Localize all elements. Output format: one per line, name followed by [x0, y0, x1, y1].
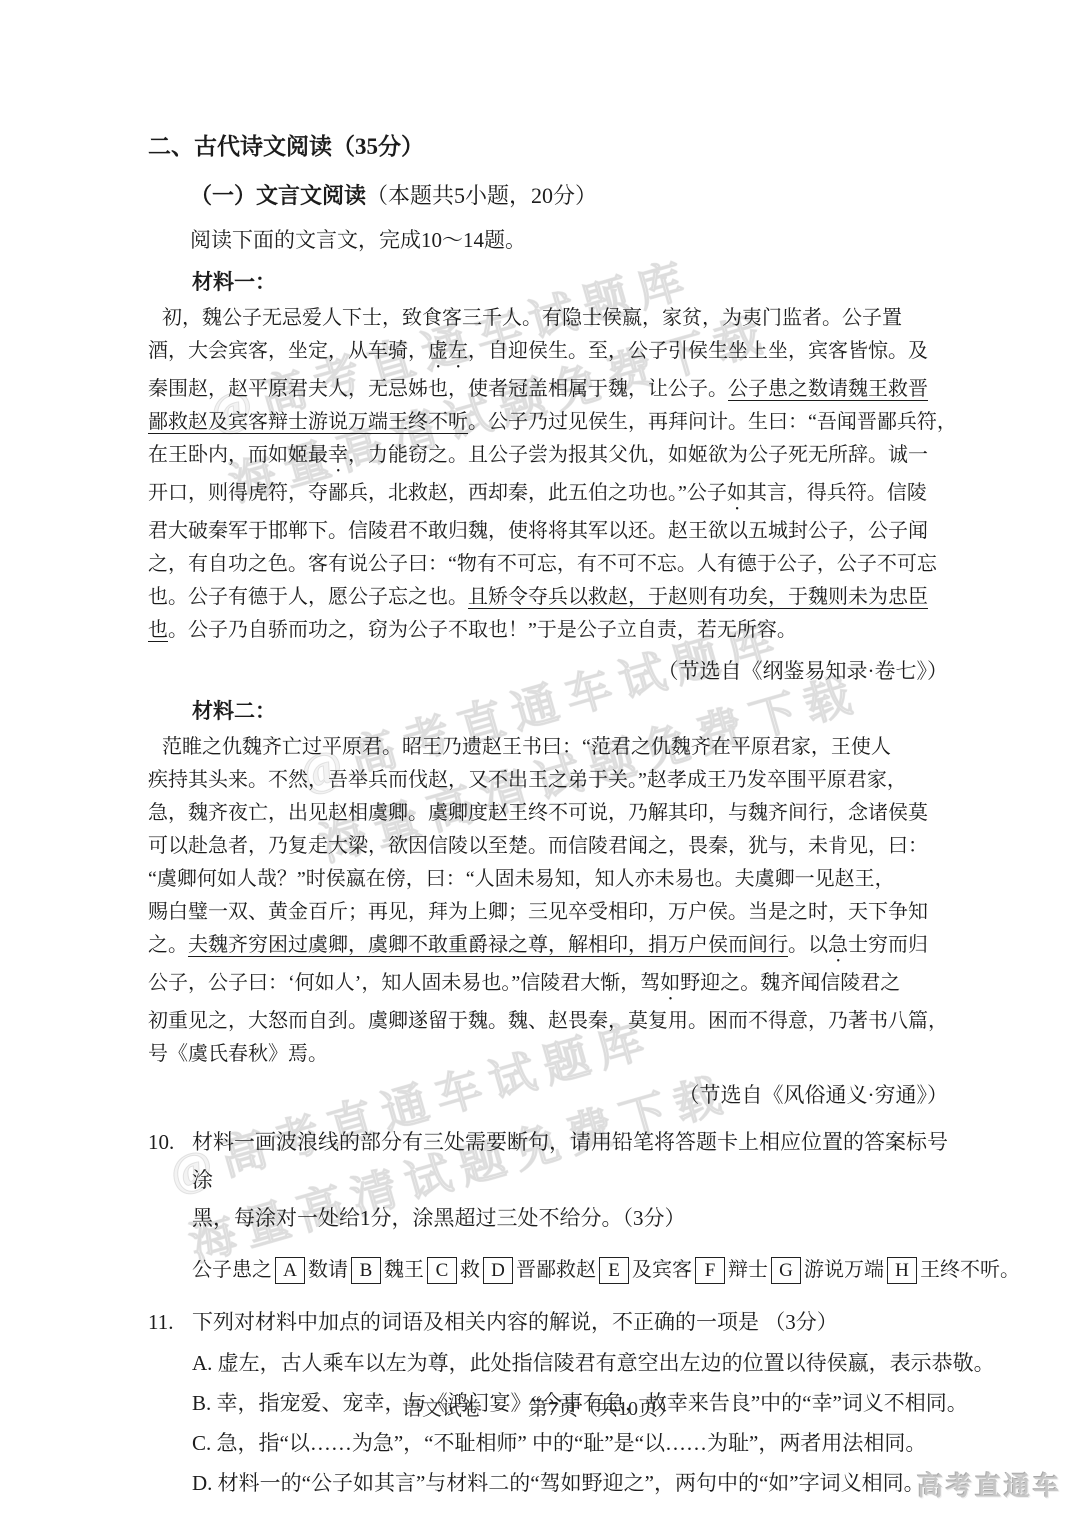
passage-line: 公子，公子曰：‘何如人’，知人固未易也。”信陵君大惭，驾如野迎之。魏齐闻信陵君之	[148, 967, 948, 1005]
text-segment: 公子患之	[192, 1259, 272, 1281]
material2-source: （节选自《风俗通义·穷通》）	[148, 1079, 948, 1109]
reading-instruction: 阅读下面的文言文，完成10～14题。	[148, 224, 948, 254]
passage-line: 也。公子有德于人，愿公子忘之也。且矫令夺兵以救赵，于赵则有功矣，于魏则未为忠臣	[148, 581, 948, 614]
question-11-options: A. 虚左，古人乘车以左为尊，此处指信陵君有意空出左边的位置以待侯嬴，表示恭敬。…	[148, 1343, 948, 1503]
passage-line: 号《虞氏春秋》焉。	[148, 1038, 948, 1071]
exam-page: @高考直通车试题库 海量高清试题免费下载 @高考直通车试题库 海量高清试题免费下…	[0, 0, 1080, 1528]
corner-brand-watermark: 高考直通车	[917, 1466, 1062, 1503]
text-segment: 公子，公子曰：‘何如人’，知人固未易也。”信陵君大惭，驾	[148, 972, 660, 994]
text-segment: 且矫令夺兵以救赵，于赵则有功矣，于魏则未为忠臣	[468, 586, 928, 608]
footer-paper-name: 语文试卷	[402, 1398, 482, 1420]
text-segment: 鄙救赵及宾客辩士游说万端王终不听	[148, 411, 468, 433]
passage-line: 之。夫魏齐穷困过虞卿，虞卿不敢重爵禄之尊，解相印，捐万户侯而间行。以急士穷而归	[148, 929, 948, 967]
text-segment: 。公子乃自骄而功之，窃为公子不取也！”于是公子立自责，若无所容。	[168, 619, 797, 641]
question-10-segment-sentence: 公子患之A数请B魏王C救D晋鄙救赵E及宾客F辩士G游说万端H王终不听。	[148, 1251, 948, 1289]
answer-box-F: F	[695, 1257, 725, 1284]
text-segment: 初重见之，大怒而自刭。虞卿遂留于魏。魏、赵畏秦，莫复用。困而不得意，乃著书八篇，	[148, 1010, 948, 1032]
text-segment: 赐白璧一双、黄金百斤；再见，拜为上卿；三见卒受相印，万户侯。当是之时，天下争知	[148, 901, 928, 923]
question-11-line: 11.下列对材料中加点的词语及相关内容的解说，不正确的一项是 （3分）	[148, 1303, 948, 1341]
material2-label: 材料二：	[148, 695, 948, 725]
passage-line: 疾持其头来。不然，吾举兵而伐赵，又不出王之弟于关。”赵孝成王乃发卒围平原君家，	[148, 764, 948, 797]
text-segment: 数请	[308, 1259, 348, 1281]
question-10: 10.材料一画波浪线的部分有三处需要断句，请用铅笔将答题卡上相应位置的答案标号涂…	[148, 1123, 948, 1289]
question-11-text: 下列对材料中加点的词语及相关内容的解说，不正确的一项是 （3分）	[192, 1310, 838, 1334]
passage-line: 急，魏齐夜亡，出见赵相虞卿。虞卿度赵王终不可说，乃解其印，与魏齐间行，念诸侯莫	[148, 797, 948, 830]
text-segment: 。公子乃过见侯生，再拜问计。生曰：“吾闻晋鄙兵符，	[468, 411, 957, 433]
section-title: 二、古代诗文阅读（35分）	[148, 128, 948, 161]
passage-line: 秦围赵，赵平原君夫人，无忌姊也，使者冠盖相属于魏，让公子。公子患之数请魏王救晋	[148, 373, 948, 406]
question-11-number: 11.	[148, 1303, 192, 1341]
text-segment: 虚左	[428, 340, 468, 362]
passage-line: 初重见之，大怒而自刭。虞卿遂留于魏。魏、赵畏秦，莫复用。困而不得意，乃著书八篇，	[148, 1005, 948, 1038]
text-segment: ，力能窃之。且公子尝为报其父仇，如姬欲为公子死无所辞。诚一	[348, 444, 928, 466]
passage-line: 之，有自功之色。客有说公子曰：“物有不可忘，有不可不忘。人有德于公子，公子不可忘	[148, 548, 948, 581]
text-segment: 魏王	[384, 1259, 424, 1281]
text-segment: 游说万端	[804, 1259, 884, 1281]
text-segment: 及宾客	[632, 1259, 692, 1281]
question-10-line2: 黑，每涂对一处给1分，涂黑超过三处不给分。（3分）	[148, 1199, 948, 1237]
text-segment: 晋鄙救赵	[516, 1259, 596, 1281]
question-10-number: 10.	[148, 1123, 192, 1161]
text-segment: 可以赴急者，乃复走大梁，欲因信陵以至楚。而信陵君闻之，畏秦，犹与，未肯见，曰：	[148, 835, 928, 857]
text-segment: 开口，则得虎符，夺鄙兵，北救赵，西却秦，此五伯之功也。”公子	[148, 482, 727, 504]
subsection-title-bold: （一）文言文阅读	[190, 183, 366, 208]
text-segment: 酒，大会宾客，坐定，从车骑，	[148, 340, 428, 362]
text-segment: 疾持其头来。不然，吾举兵而伐赵，又不出王之弟于关。”赵孝成王乃发卒围平原君家，	[148, 769, 907, 791]
passage-line: 开口，则得虎符，夺鄙兵，北救赵，西却秦，此五伯之功也。”公子如其言，得兵符。信陵	[148, 477, 948, 515]
text-segment: 士穷而归	[848, 934, 928, 956]
text-segment: 急，魏齐夜亡，出见赵相虞卿。虞卿度赵王终不可说，乃解其印，与魏齐间行，念诸侯莫	[148, 802, 928, 824]
text-segment: 也。公子有德于人，愿公子忘之也。	[148, 586, 468, 608]
question-10-text: 材料一画波浪线的部分有三处需要断句，请用铅笔将答题卡上相应位置的答案标号涂	[192, 1130, 948, 1192]
text-segment: 夫魏齐穷困过虞卿，虞卿不敢重爵禄之尊，解相印，捐万户侯而间行	[188, 934, 788, 956]
text-segment: 范睢之仇魏齐亡过平原君。昭王乃遗赵王书曰：“范君之仇魏齐在平原君家，王使人	[162, 736, 891, 758]
text-segment: “虞卿何如人哉？”时侯嬴在傍，曰：“人固未易知，知人亦未易也。夫虞卿一见赵王，	[148, 868, 895, 890]
text-segment: 如	[660, 972, 680, 994]
text-segment: 号《虞氏春秋》焉。	[148, 1043, 328, 1065]
material1-label: 材料一：	[148, 266, 948, 296]
text-segment: 野迎之。魏齐闻信陵君之	[680, 972, 900, 994]
option-line: C. 急，指“以……为急”，“不耻相师” 中的“耻”是“以……为耻”，两者用法相…	[148, 1423, 948, 1463]
material2-passage: 范睢之仇魏齐亡过平原君。昭王乃遗赵王书曰：“范君之仇魏齐在平原君家，王使人疾持其…	[148, 731, 948, 1071]
passage-line: 酒，大会宾客，坐定，从车骑，虚左，自迎侯生。至，公子引侯生坐上坐，宾客皆惊。及	[148, 335, 948, 373]
text-segment: 之。	[148, 934, 188, 956]
text-segment: 也	[148, 619, 168, 641]
passage-line: 可以赴急者，乃复走大梁，欲因信陵以至楚。而信陵君闻之，畏秦，犹与，未肯见，曰：	[148, 830, 948, 863]
subsection-title: （一）文言文阅读（本题共5小题，20分）	[148, 179, 948, 210]
text-segment: 。以	[788, 934, 828, 956]
passage-line: 赐白璧一双、黄金百斤；再见，拜为上卿；三见卒受相印，万户侯。当是之时，天下争知	[148, 896, 948, 929]
text-segment: 其言，得兵符。信陵	[747, 482, 927, 504]
passage-line: 范睢之仇魏齐亡过平原君。昭王乃遗赵王书曰：“范君之仇魏齐在平原君家，王使人	[148, 731, 948, 764]
text-segment: 君大破秦军于邯郸下。信陵君不敢归魏，使将将其军以还。赵王欲以五城封公子，公子闻	[148, 520, 928, 542]
footer-page-number: 第7页（共10页）	[528, 1398, 678, 1420]
passage-line: “虞卿何如人哉？”时侯嬴在傍，曰：“人固未易知，知人亦未易也。夫虞卿一见赵王，	[148, 863, 948, 896]
text-segment: 公子患之数请魏王救晋	[728, 378, 928, 400]
passage-line: 鄙救赵及宾客辩士游说万端王终不听。公子乃过见侯生，再拜问计。生曰：“吾闻晋鄙兵符…	[148, 406, 948, 439]
text-segment: 急	[828, 934, 848, 956]
option-line: D. 材料一的“公子如其言”与材料二的“驾如野迎之”，两句中的“如”字词义相同。	[148, 1463, 948, 1503]
text-segment: 如	[727, 482, 747, 504]
text-segment: 救	[460, 1259, 480, 1281]
passage-line: 君大破秦军于邯郸下。信陵君不敢归魏，使将将其军以还。赵王欲以五城封公子，公子闻	[148, 515, 948, 548]
page-footer: 语文试卷第7页（共10页）	[0, 1392, 1080, 1421]
option-line: A. 虚左，古人乘车以左为尊，此处指信陵君有意空出左边的位置以待侯嬴，表示恭敬。	[148, 1343, 948, 1383]
text-segment: ，自迎侯生。至，公子引侯生坐上坐，宾客皆惊。及	[468, 340, 928, 362]
subsection-title-rest: （本题共5小题，20分）	[366, 183, 597, 208]
text-segment: 之，有自功之色。客有说公子曰：“物有不可忘，有不可不忘。人有德于公子，公子不可忘	[148, 553, 937, 575]
page-content: 二、古代诗文阅读（35分） （一）文言文阅读（本题共5小题，20分） 阅读下面的…	[148, 128, 948, 1503]
passage-line: 初，魏公子无忌爱人下士，致食客三千人。有隐士侯嬴，家贫，为夷门监者。公子置	[148, 302, 948, 335]
answer-box-E: E	[599, 1257, 629, 1284]
question-10-line1: 10.材料一画波浪线的部分有三处需要断句，请用铅笔将答题卡上相应位置的答案标号涂	[148, 1123, 948, 1199]
passage-line: 在王卧内，而如姬最幸，力能窃之。且公子尝为报其父仇，如姬欲为公子死无所辞。诚一	[148, 439, 948, 477]
text-segment: 幸	[328, 444, 348, 466]
text-segment: 初，魏公子无忌爱人下士，致食客三千人。有隐士侯嬴，家贫，为夷门监者。公子置	[162, 307, 902, 329]
answer-box-B: B	[351, 1257, 381, 1284]
answer-box-D: D	[483, 1257, 513, 1284]
answer-box-C: C	[427, 1257, 457, 1284]
answer-box-H: H	[887, 1257, 917, 1284]
material1-passage: 初，魏公子无忌爱人下士，致食客三千人。有隐士侯嬴，家贫，为夷门监者。公子置酒，大…	[148, 302, 948, 647]
material1-source: （节选自《纲鉴易知录·卷七》）	[148, 655, 948, 685]
text-segment: 王终不听。	[920, 1259, 1020, 1281]
text-segment: 在王卧内，而如姬最	[148, 444, 328, 466]
text-segment: 辩士	[728, 1259, 768, 1281]
passage-line: 也。公子乃自骄而功之，窃为公子不取也！”于是公子立自责，若无所容。	[148, 614, 948, 647]
text-segment: 秦围赵，赵平原君夫人，无忌姊也，使者冠盖相属于魏，让公子。	[148, 378, 728, 400]
answer-box-G: G	[771, 1257, 801, 1284]
answer-box-A: A	[275, 1257, 305, 1284]
